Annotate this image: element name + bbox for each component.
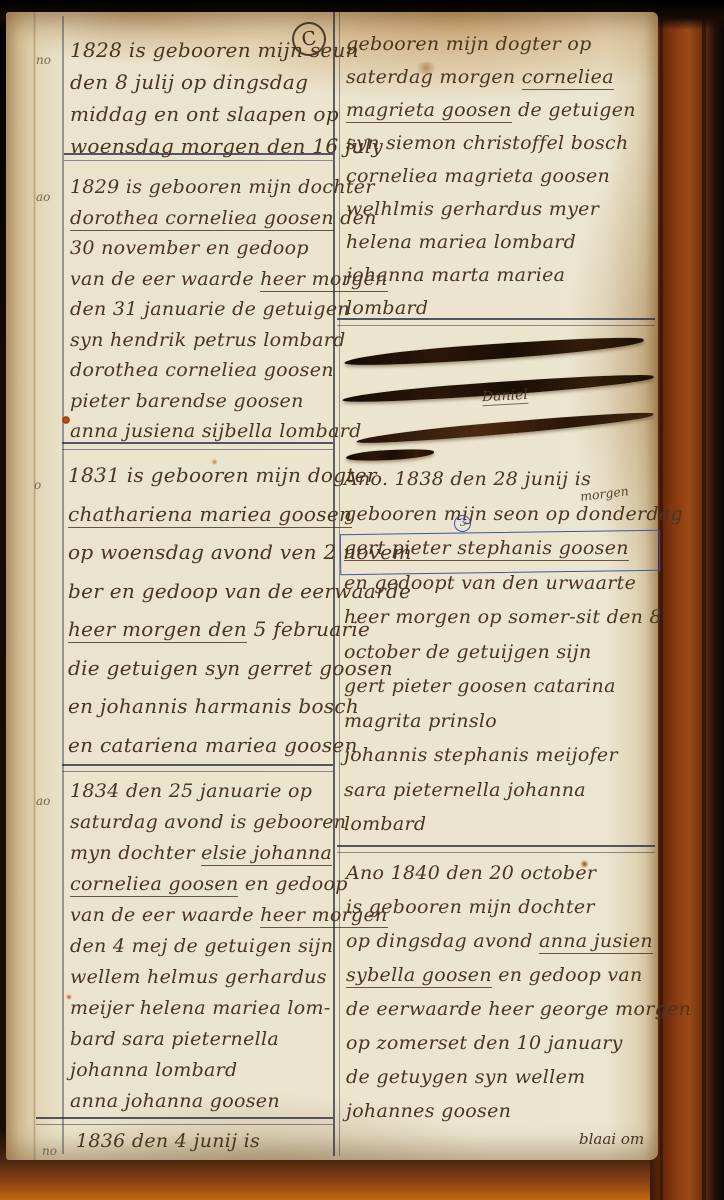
handwriting-line: meijer helena mariea lom- xyxy=(70,993,336,1024)
entry-1836-birth: no1836 den 4 junij is xyxy=(76,1126,336,1156)
handwriting-line: 1829 is gebooren mijn dochter xyxy=(70,172,336,203)
handwriting-line: van de eer waarde heer morgen xyxy=(70,900,336,931)
circled-number-annotation: 3 xyxy=(454,515,471,532)
handwriting-line: Ano 1840 den 20 october xyxy=(346,856,658,890)
handwriting-line: ber en gedoop van de eerwaarde xyxy=(68,572,338,611)
handwriting-line: johannis stephanis meijofer xyxy=(344,738,658,773)
handwriting-line: dorothea corneliea goosen xyxy=(70,355,336,386)
handwriting-line: saterdag morgen corneliea xyxy=(346,61,658,94)
entry-1831-birth: o1831 is gebooren mijn dogterchathariena… xyxy=(68,456,338,764)
entry-divider-rule xyxy=(36,1117,333,1125)
entry-1834-birth: ao1834 den 25 januarie opsaturdag avond … xyxy=(70,776,336,1117)
margin-rule-line xyxy=(62,16,64,1154)
handwriting-line: corneliea goosen en gedoop xyxy=(70,869,336,900)
handwriting-line: de getuygen syn wellem xyxy=(346,1060,658,1094)
handwriting-line: syn hendrik petrus lombard xyxy=(70,325,336,356)
handwriting-line: sybella goosen en gedoop van xyxy=(346,958,658,992)
handwriting-line: op dingsdag avond anna jusien xyxy=(346,924,658,958)
handwriting-line: op woensdag avond ven 2 novem xyxy=(68,533,338,572)
handwriting-line: anna jusiena sijbella lombard xyxy=(70,416,336,447)
handwriting-line: dorothea corneliea goosen den xyxy=(70,203,336,234)
handwriting-line: magrita prinslo xyxy=(344,704,658,739)
entry-continuation-birth: gebooren mijn dogter opsaterdag morgen c… xyxy=(346,28,658,325)
handwriting-line: anna johanna goosen xyxy=(70,1086,336,1117)
entry-divider-rule xyxy=(337,845,655,853)
handwriting-line: saturdag avond is gebooren xyxy=(70,807,336,838)
handwriting-line: 30 november en gedoop xyxy=(70,233,336,264)
handwriting-line: myn dochter elsie johanna xyxy=(70,838,336,869)
handwriting-line: gebooren mijn seon op donderdag xyxy=(344,497,658,532)
handwriting-line: bard sara pieternella xyxy=(70,1024,336,1055)
crossed-out-block: Daniel xyxy=(340,330,662,462)
handwriting-line: syn siemon christoffel bosch xyxy=(346,127,658,160)
register-page: C no1828 is gebooren mijn seunden 8 juli… xyxy=(6,12,658,1160)
handwriting-line: 1828 is gebooren mijn seun xyxy=(70,34,336,66)
strike-bar xyxy=(356,409,654,447)
handwriting-line: wellem helmus gerhardus xyxy=(70,962,336,993)
handwriting-line: lombard xyxy=(344,807,658,842)
handwriting-line: lombard xyxy=(346,292,658,325)
book-leather-binding xyxy=(650,0,724,1200)
strike-bar xyxy=(344,334,644,370)
legible-word-daniel: Daniel xyxy=(482,387,529,406)
margin-mark: o xyxy=(34,466,41,505)
handwriting-line: is gebooren mijn dochter xyxy=(346,890,658,924)
handwriting-line: corneliea magrieta goosen xyxy=(346,160,658,193)
handwriting-line: october de getuijgen sijn xyxy=(344,635,658,670)
handwriting-line: johannes goosen xyxy=(346,1094,658,1128)
handwriting-line: 1831 is gebooren mijn dogter xyxy=(68,456,338,495)
strike-bar xyxy=(346,448,434,463)
handwriting-line: op zomerset den 10 january xyxy=(346,1026,658,1060)
margin-mark: no xyxy=(36,44,51,76)
handwriting-line: heer morgen den 5 februarie xyxy=(68,610,338,649)
handwriting-line: pieter barendse goosen xyxy=(70,386,336,417)
handwriting-line: heer morgen op somer-sit den 8 xyxy=(344,600,658,635)
handwriting-line: die getuigen syn gerret goosen xyxy=(68,649,338,688)
ink-stain xyxy=(62,416,70,424)
margin-mark: no xyxy=(42,1136,57,1166)
handwriting-line: sara pieternella johanna xyxy=(344,773,658,808)
entry-1828-birth: no1828 is gebooren mijn seunden 8 julij … xyxy=(70,34,336,162)
handwriting-line: woensdag morgen den 16 july xyxy=(70,130,336,162)
handwriting-line: johanna lombard xyxy=(70,1055,336,1086)
margin-mark: ao xyxy=(36,786,50,817)
entry-1838-birth: Ano. 1838 den 28 junij isgebooren mijn s… xyxy=(344,462,658,842)
handwriting-line: den 4 mej de getuigen sijn xyxy=(70,931,336,962)
page-turn-note: blaai om xyxy=(579,1130,644,1148)
handwriting-line: en johannis harmanis bosch xyxy=(68,687,338,726)
handwriting-line: 1836 den 4 junij is xyxy=(76,1126,336,1156)
handwriting-line: welhlmis gerhardus myer xyxy=(346,193,658,226)
handwriting-line: magrieta goosen de getuigen xyxy=(346,94,658,127)
handwriting-line: de eerwaarde heer george morgen xyxy=(346,992,658,1026)
handwriting-line: chathariena mariea goosen xyxy=(68,495,338,534)
handwriting-line: middag en ont slaapen op xyxy=(70,98,336,130)
handwriting-line: 1834 den 25 januarie op xyxy=(70,776,336,807)
entry-1840-birth: Ano 1840 den 20 octoberis gebooren mijn … xyxy=(346,856,658,1128)
blue-annotation-frame xyxy=(340,530,661,575)
entry-divider-rule xyxy=(62,764,333,772)
handwriting-line: helena mariea lombard xyxy=(346,226,658,259)
handwriting-line: den 31 januarie de getuigen xyxy=(70,294,336,325)
handwriting-line: gebooren mijn dogter op xyxy=(346,28,658,61)
handwriting-line: johanna marta mariea xyxy=(346,259,658,292)
margin-mark: ao xyxy=(36,182,50,213)
handwriting-line: gert pieter goosen catarina xyxy=(344,669,658,704)
entry-1829-birth: ao1829 is gebooren mijn dochterdorothea … xyxy=(70,172,336,447)
handwriting-line: den 8 julij op dingsdag xyxy=(70,66,336,98)
handwriting-line: en catariena mariea goosen xyxy=(68,726,338,765)
handwriting-line: van de eer waarde heer morgen xyxy=(70,264,336,295)
